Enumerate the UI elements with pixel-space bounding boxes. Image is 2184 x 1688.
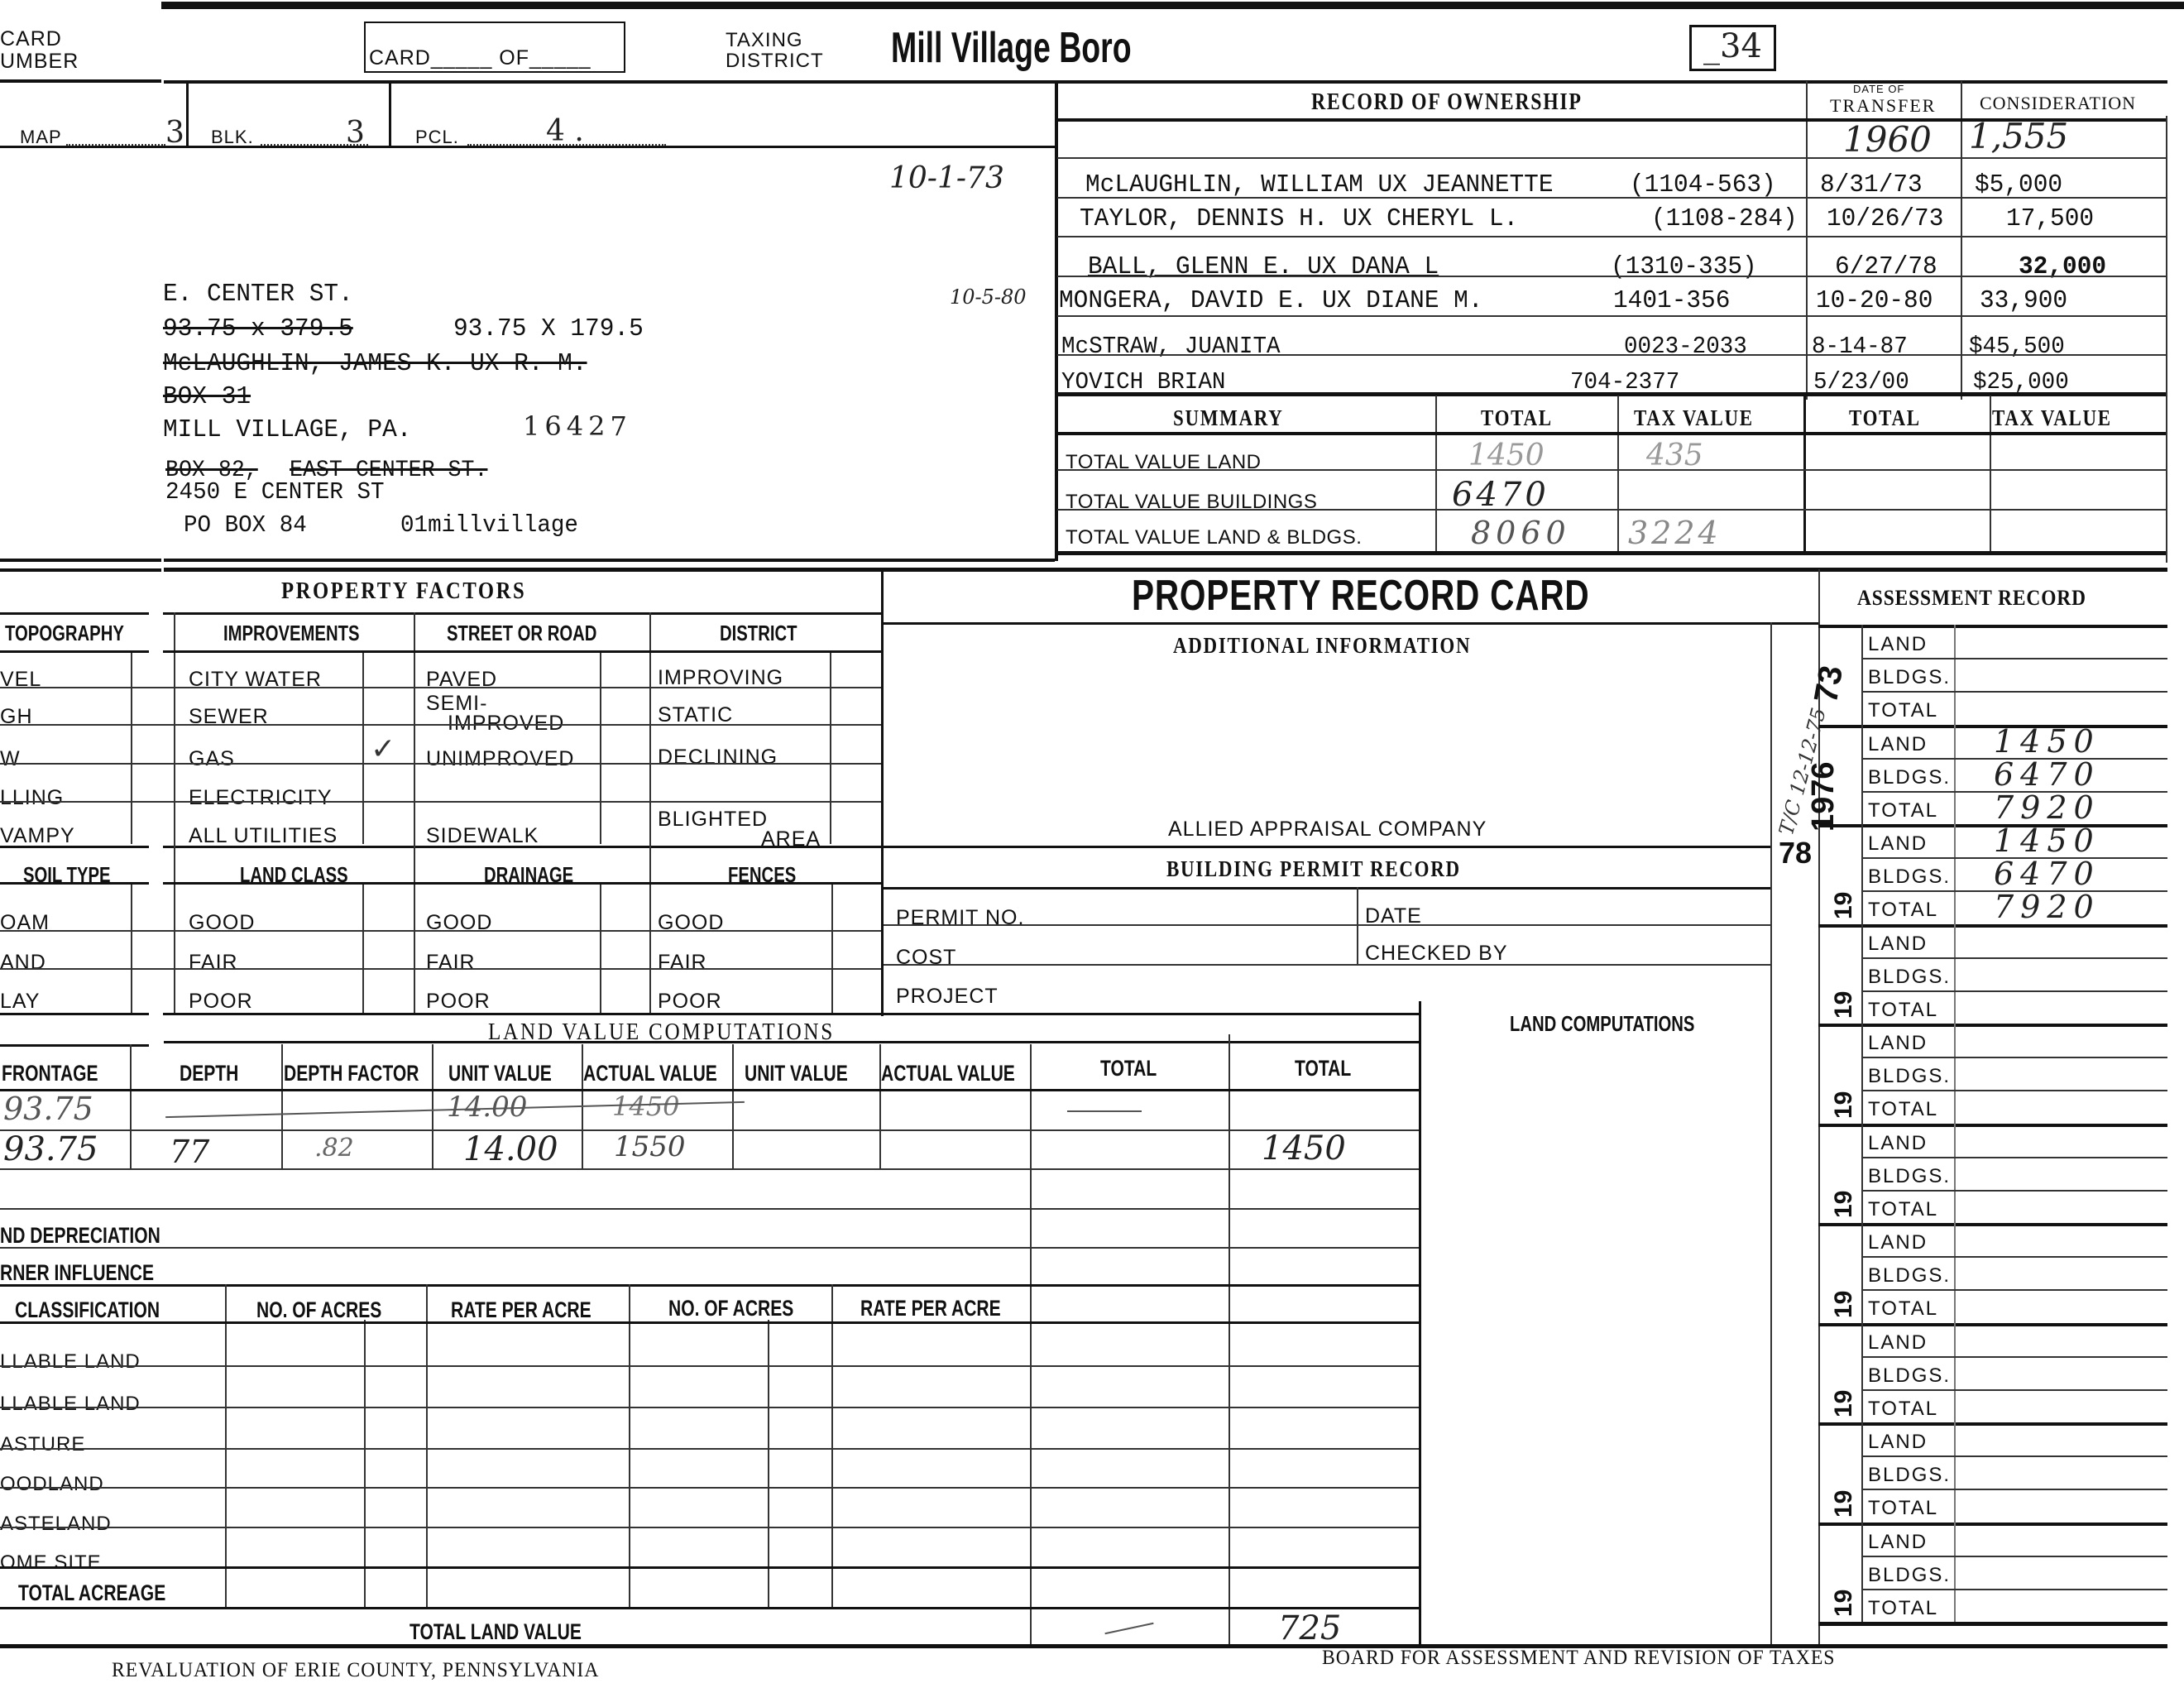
corner-influence-label: RNER INFLUENCE [0, 1260, 154, 1286]
assessment-land-label: LAND [1868, 633, 1928, 656]
assessment-group-rule [1818, 625, 2167, 628]
assessment-row-rule [1861, 1057, 2167, 1058]
assessment-row-rule [1861, 1289, 2167, 1291]
acre-bottom-rule [0, 1607, 1419, 1609]
lv-divider [1228, 1034, 1230, 1647]
district-header: DISTRICT [720, 621, 797, 646]
card-of-label: CARD_____ OF_____ [369, 46, 591, 70]
taxing-district-value: Mill Village Boro [891, 23, 1132, 73]
assessment-label-divider [1861, 1323, 1863, 1423]
section-rule-mid [164, 559, 1055, 562]
ownership-consideration: 33,900 [1980, 286, 2067, 315]
assessment-year-prefix: 19 [1830, 1490, 1858, 1518]
pf-mid-rule [163, 846, 881, 848]
assessment-total-label: TOTAL [1868, 1497, 1938, 1520]
assessment-row-rule [1861, 1389, 2167, 1391]
acre-row-rule [0, 1448, 1419, 1450]
assessment-bldgs-label: BLDGS. [1868, 866, 1951, 889]
assessment-label-divider [1861, 824, 1863, 924]
summary-total-header-2: TOTAL [1849, 405, 1921, 431]
summary-header-rule [1057, 432, 2166, 435]
assessment-total-label: TOTAL [1868, 899, 1938, 922]
land-computations-title: LAND COMPUTATIONS [1510, 1011, 1694, 1037]
assessment-side-note-78: 78 [1779, 836, 1812, 870]
lv-row-rule [0, 1208, 1419, 1210]
assessment-bldgs-label: BLDGS. [1868, 1065, 1951, 1088]
district-blighted-area: BLIGHTED AREA [658, 809, 821, 849]
assessment-bottom-rule [1818, 1622, 2167, 1626]
property-factors-right-border [881, 569, 884, 1016]
card-number-label-line2: UMBER [0, 50, 79, 73]
assessment-value-divider [1954, 824, 1956, 924]
assessment-land-label: LAND [1868, 1531, 1928, 1554]
assessment-label-divider [1861, 725, 1863, 825]
blk-value[interactable]: 3 [346, 116, 365, 150]
parcel-divider-2 [389, 83, 391, 147]
address-po-box: PO BOX 84 [184, 511, 307, 539]
assessment-bldgs-value[interactable]: 6470 [1994, 756, 2100, 793]
improvements-header: IMPROVEMENTS [223, 621, 360, 646]
assessment-total-label: TOTAL [1868, 1597, 1938, 1620]
assessment-land-label: LAND [1868, 1331, 1928, 1355]
address-owner-struck: McLAUGHLIN, JAMES K. UX R. M. [163, 349, 587, 378]
acre-divider [831, 1284, 833, 1607]
summary-bottom-rule [1057, 551, 2166, 555]
building-permit-title: BUILDING PERMIT RECORD [1166, 856, 1461, 882]
card-id-value: _34 [1703, 27, 1762, 65]
ownership-consideration: $45,500 [1969, 333, 2065, 360]
assessment-value-divider [1954, 625, 1956, 725]
acre-row-pasture: ASTURE [0, 1433, 85, 1456]
lv-depth-factor-2: .82 [314, 1134, 354, 1163]
assessment-bldgs-label: BLDGS. [1868, 1165, 1951, 1188]
ownership-consideration-divider [1961, 81, 1962, 400]
total-acreage-label: TOTAL ACREAGE [18, 1580, 165, 1606]
semi-line1: SEMI- [426, 693, 564, 713]
district-declining: DECLINING [658, 746, 778, 770]
pf-bottom-rule [163, 1013, 1420, 1015]
acre-row-tillable-2: LLABLE LAND [0, 1393, 141, 1416]
assessment-total-label: TOTAL [1868, 699, 1938, 722]
lv-divider [432, 1044, 433, 1168]
assessment-label-divider [1861, 625, 1863, 725]
pf-bottom-rule [0, 1013, 149, 1015]
assessment-year-prefix: 19 [1830, 1390, 1858, 1417]
assessment-land-value[interactable]: 1450 [1994, 822, 2100, 859]
ownership-row-rule [1057, 276, 2166, 277]
assessment-row-rule [1861, 1190, 2167, 1192]
assessment-value-divider [1954, 924, 1956, 1024]
ownership-name: TAYLOR, DENNIS H. UX CHERYL L. [1080, 204, 1518, 233]
permit-header-rule [884, 887, 1770, 890]
pf-divider [174, 612, 175, 847]
lv-frontage-header: FRONTAGE [2, 1061, 98, 1086]
ownership-title: RECORD OF OWNERSHIP [1311, 89, 1583, 116]
lv-header-rule [0, 1089, 1419, 1091]
ownership-deed: 1401-356 [1613, 286, 1730, 315]
lv-row-rule [0, 1247, 1419, 1249]
ownership-left-border [1055, 81, 1058, 561]
lv-total-dash [1067, 1110, 1142, 1112]
additional-info-right-border [1770, 622, 1772, 1009]
assessment-value-divider [1954, 1223, 1956, 1323]
additional-info-top-rule [884, 622, 1818, 625]
ownership-date: 8/31/73 [1820, 170, 1923, 199]
permit-project-label[interactable]: PROJECT [896, 985, 999, 1009]
permit-row-rule [884, 924, 1770, 926]
address-city: MILL VILLAGE, PA. [163, 415, 411, 444]
street-semi-improved: SEMI- IMPROVED [426, 693, 564, 733]
assessment-group-rule [1818, 1523, 2167, 1526]
ownership-row-rule [1057, 354, 2166, 356]
total-land-value-label: TOTAL LAND VALUE [409, 1619, 582, 1645]
taxing-district-line1: TAXING [726, 30, 824, 50]
lv-row-rule [0, 1129, 1419, 1131]
property-record-card-title: PROPERTY RECORD CARD [1132, 571, 1589, 621]
summary-divider-4 [1990, 396, 1991, 553]
pf-mid-rule [0, 846, 149, 848]
assessment-land-label: LAND [1868, 832, 1928, 856]
blighted-line1: BLIGHTED [658, 809, 821, 829]
improvements-electricity: ELECTRICITY [189, 786, 333, 810]
assessment-bldgs-label: BLDGS. [1868, 1464, 1951, 1487]
assessment-total-label: TOTAL [1868, 1198, 1938, 1221]
lv-actual-value-2: 1550 [614, 1130, 686, 1163]
topography-header: TOPOGRAPHY [5, 621, 124, 646]
pf-row-rule [0, 763, 881, 765]
address-dims-struck: 93.75 x 379.5 [163, 314, 353, 343]
assessment-row-rule [1861, 1356, 2167, 1358]
ownership-deed: (1108-284) [1651, 204, 1798, 233]
lv-unit-value-header-2: UNIT VALUE [745, 1061, 848, 1086]
taxing-district-label: TAXING DISTRICT [726, 30, 824, 71]
summary-divider-1 [1435, 396, 1437, 553]
land-depreciation-label: ND DEPRECIATION [0, 1223, 160, 1249]
ownership-name: MONGERA, DAVID E. UX DIANE M. [1059, 286, 1483, 315]
total-land-value-handwritten: 725 [1278, 1609, 1341, 1647]
assessment-bldgs-label: BLDGS. [1868, 766, 1951, 789]
pf-check-divider [831, 882, 833, 1014]
no-of-acres-header: NO. OF ACRES [256, 1297, 381, 1323]
assessment-group-rule [1818, 924, 2167, 928]
address-box-struck: BOX 31 [163, 382, 251, 411]
address-zip: 16427 [523, 410, 632, 442]
permit-cost-label[interactable]: COST [896, 946, 956, 970]
date-of-label: DATE OF [1853, 83, 1904, 95]
assessment-value-divider [1954, 1323, 1956, 1423]
assessment-total-label: TOTAL [1868, 999, 1938, 1022]
pf-colheader-rule [0, 650, 149, 653]
tlv-dash [1104, 1623, 1153, 1634]
assessment-land-label: LAND [1868, 1132, 1928, 1155]
pf-check-divider [600, 882, 601, 1014]
lv-actual-value-1: 1450 [612, 1091, 679, 1122]
assessment-bldgs-label: BLDGS. [1868, 966, 1951, 989]
assessment-group-rule [1818, 1124, 2167, 1127]
ownership-deed: 0023-2033 [1624, 333, 1747, 360]
assessment-year-prefix: 19 [1830, 892, 1858, 919]
acre-header-rule [0, 1321, 1419, 1324]
assessment-land-label: LAND [1868, 933, 1928, 956]
ownership-row-rule [1057, 315, 2166, 317]
land-computations-left-border [1419, 1001, 1421, 1647]
assessment-total-label: TOTAL [1868, 799, 1938, 822]
ownership-consideration: 1,555 [1969, 116, 2068, 156]
assessment-label-divider [1861, 1523, 1863, 1623]
acre-row-wasteland: ASTELAND [0, 1513, 112, 1536]
assessment-total-label: TOTAL [1868, 1297, 1938, 1321]
permit-divider [1357, 887, 1358, 965]
assessment-label-divider [1861, 1124, 1863, 1224]
permit-top-rule [884, 846, 1770, 848]
summary-land-tax: 435 [1646, 439, 1703, 472]
address-dims: 93.75 X 179.5 [453, 314, 644, 343]
rate-per-acre-header: RATE PER ACRE [451, 1297, 591, 1323]
no-of-acres-header-2: NO. OF ACRES [668, 1296, 793, 1321]
consideration-header: CONSIDERATION [1980, 93, 2136, 114]
assessment-year-prefix: 19 [1830, 991, 1858, 1019]
assessment-label-divider [1861, 924, 1863, 1024]
parcel-rule [0, 146, 1055, 148]
ownership-consideration: $5,000 [1975, 170, 2062, 199]
improvements-gas: GAS [189, 747, 235, 771]
assessment-row-rule [1861, 1256, 2167, 1258]
ownership-row-rule [1057, 197, 2166, 199]
permit-checked-by-label[interactable]: CHECKED BY [1365, 942, 1508, 966]
transfer-header: TRANSFER [1830, 95, 1936, 117]
lv-total-header: TOTAL [1100, 1056, 1157, 1081]
assessment-year-prefix: 19 [1830, 1191, 1858, 1218]
pf-header-rule [163, 612, 881, 615]
pf-row-rule [0, 687, 881, 688]
assessment-value-divider [1954, 1024, 1956, 1124]
assessment-group-rule [1818, 1422, 2167, 1426]
card-number-label: CARD UMBER [0, 28, 79, 73]
lv-unit-value-2: 14.00 [463, 1130, 558, 1168]
drainage-poor: POOR [426, 990, 491, 1014]
assessment-bldgs-label: BLDGS. [1868, 1564, 1951, 1587]
land-computations-right-border [1770, 1001, 1772, 1647]
ownership-name: McSTRAW, JUANITA [1061, 333, 1281, 360]
summary-label-land-bldgs: TOTAL VALUE LAND & BLDGS. [1066, 526, 1362, 549]
map-value[interactable]: 3 [165, 116, 184, 150]
assessment-total-label: TOTAL [1868, 1398, 1938, 1421]
assessment-row-rule [1861, 1157, 2167, 1158]
assessment-group-rule [1818, 1323, 2167, 1326]
lv-row-rule [0, 1168, 1419, 1170]
assessment-side-note-73: 73 [1808, 663, 1851, 706]
assessment-row-rule [1861, 990, 2167, 992]
summary-land-bldgs-tax: 3224 [1628, 515, 1722, 551]
assessment-total-value[interactable]: 7920 [1994, 789, 2100, 826]
lv-divider [130, 1044, 132, 1168]
permit-no-label[interactable]: PERMIT NO. [896, 906, 1024, 930]
pf-row-rule [0, 801, 881, 803]
assessment-row-rule [1861, 1589, 2167, 1590]
card-id-box: _34 [1689, 25, 1776, 71]
gas-check-icon[interactable]: ✓ [371, 732, 395, 766]
top-rule [161, 2, 2184, 9]
land-class-fair: FAIR [189, 951, 238, 975]
lv-actual-value-header: ACTUAL VALUE [583, 1061, 717, 1086]
pf-row-rule [0, 968, 881, 970]
lv-total-header-2: TOTAL [1295, 1056, 1351, 1081]
address-current: 2450 E CENTER ST [165, 478, 385, 506]
pf-check-divider [362, 652, 364, 844]
lv-divider [732, 1044, 734, 1168]
address-street: E. CENTER ST. [163, 280, 353, 309]
acre-divider [225, 1284, 227, 1607]
summary-header: SUMMARY [1173, 405, 1283, 431]
assessment-land-label: LAND [1868, 1231, 1928, 1254]
card-number-label-line1: CARD [0, 28, 79, 50]
pf-check-divider [131, 652, 132, 844]
assessment-year-prefix: 19 [1830, 1590, 1858, 1617]
pf-check-divider [131, 882, 132, 1014]
assessment-year-prefix: 19 [1830, 1091, 1858, 1119]
semi-line2: IMPROVED [426, 713, 564, 733]
property-factors-title: PROPERTY FACTORS [281, 578, 526, 605]
lv-divider [281, 1044, 283, 1168]
assessment-row-rule [1861, 658, 2167, 659]
additional-info-title: ADDITIONAL INFORMATION [1173, 633, 1471, 659]
assessment-value-divider [1954, 1523, 1956, 1623]
pf-divider [649, 612, 651, 847]
acre-row-rule [0, 1365, 1419, 1367]
topography-low: W [0, 747, 21, 771]
topography-swampy: VAMPY [0, 824, 75, 848]
street-road-header: STREET OR ROAD [447, 621, 596, 646]
assessment-row-rule [1861, 957, 2167, 959]
assessment-row-rule [1861, 1556, 2167, 1557]
ownership-row-rule [1057, 157, 2166, 159]
assessment-row-rule [1861, 691, 2167, 693]
rate-per-acre-header-2: RATE PER ACRE [860, 1296, 1001, 1321]
lv-top-rule [0, 1044, 149, 1047]
ownership-date: 1960 [1843, 119, 1932, 160]
assessment-bldgs-value[interactable]: 6470 [1994, 856, 2100, 892]
lv-unit-value-header: UNIT VALUE [448, 1061, 552, 1086]
pf-row-rule [0, 724, 881, 726]
assessment-land-value[interactable]: 1450 [1994, 723, 2100, 760]
ownership-right-border [2166, 116, 2167, 563]
acre-row-woodland: OODLAND [0, 1473, 104, 1496]
lv-acre-top-rule [0, 1284, 1419, 1287]
lv-divider [1030, 1044, 1032, 1648]
summary-divider-3 [1803, 396, 1806, 553]
summary-tax-header-2: TAX VALUE [1992, 405, 2112, 431]
pf-header-rule [0, 612, 149, 615]
assessment-label-divider [1861, 1223, 1863, 1323]
footer-revaluation: REVALUATION OF ERIE COUNTY, PENNSYLVANIA [112, 1659, 599, 1682]
pf-soil-header-rule [0, 882, 149, 885]
ownership-consideration: 17,500 [2006, 204, 2094, 233]
assessment-row-rule [1861, 1489, 2167, 1490]
lv-frontage-2: 93.75 [3, 1130, 98, 1168]
assessment-value-divider [1954, 1124, 1956, 1224]
acre-row-rule [0, 1487, 1419, 1489]
parcel-divider-1 [186, 83, 189, 147]
assessment-bldgs-label: BLDGS. [1868, 1364, 1951, 1388]
assessment-group-rule [1818, 1024, 2167, 1027]
summary-divider-2 [1617, 396, 1619, 553]
acre-row-tillable-1: LLABLE LAND [0, 1350, 141, 1374]
header-rule-left [0, 79, 161, 83]
assessment-title: ASSESSMENT RECORD [1857, 586, 2086, 611]
summary-row-rule [1057, 509, 2166, 511]
summary-land-bldgs-total: 8060 [1471, 515, 1571, 551]
summary-tax-header: TAX VALUE [1634, 405, 1754, 431]
street-sidewalk: SIDEWALK [426, 824, 539, 848]
pf-row-rule [0, 930, 881, 932]
lv-total-2: 1450 [1262, 1129, 1346, 1168]
pf-check-divider [362, 882, 364, 1014]
assessment-land-label: LAND [1868, 733, 1928, 756]
ownership-name: McLAUGHLIN, WILLIAM UX JEANNETTE [1085, 170, 1554, 199]
handwritten-date-1: 10-1-73 [889, 161, 1004, 195]
assessment-land-label: LAND [1868, 1032, 1928, 1055]
summary-total-header: TOTAL [1481, 405, 1553, 431]
lv-frontage-1: 93.75 [3, 1091, 93, 1127]
section-rule-left-2 [0, 568, 161, 572]
street-unimproved: UNIMPROVED [426, 747, 574, 771]
topography-rolling: LLING [0, 786, 64, 810]
ownership-deed: (1104-563) [1630, 170, 1776, 199]
card-of-box[interactable]: CARD_____ OF_____ [364, 22, 625, 73]
ownership-date: 10-20-80 [1816, 286, 1933, 315]
pf-divider [414, 612, 415, 847]
classification-header: CLASSIFICATION [15, 1297, 160, 1323]
permit-row-rule [884, 964, 1770, 966]
pf-check-divider [600, 652, 601, 844]
pf-colheader-rule [163, 650, 881, 653]
assessment-year-prefix: 19 [1830, 1291, 1858, 1318]
assessment-label-divider [1861, 1422, 1863, 1523]
acre-row-rule [0, 1527, 1419, 1528]
ownership-date: 8-14-87 [1812, 333, 1908, 360]
pf-check-divider [830, 652, 831, 844]
bottom-rule [0, 1644, 2167, 1648]
assessment-value-divider [1954, 725, 1956, 825]
assessment-land-label: LAND [1868, 1431, 1928, 1454]
lv-actual-value-header-2: ACTUAL VALUE [881, 1061, 1015, 1086]
assessment-total-value[interactable]: 7920 [1994, 889, 2100, 925]
assessment-value-divider [1954, 1422, 1956, 1523]
assessment-group-rule [1818, 824, 2167, 827]
ownership-bottom-rule [1057, 392, 2166, 396]
ownership-date-divider [1806, 81, 1808, 400]
lv-top-rule [164, 1041, 1421, 1043]
summary-row-rule [1057, 469, 2166, 471]
assessment-total-label: TOTAL [1868, 1098, 1938, 1121]
pcl-value[interactable]: 4 . [546, 114, 584, 148]
soil-sand: AND [0, 951, 46, 975]
section-rule-left [0, 559, 161, 562]
assessment-bldgs-label: BLDGS. [1868, 1264, 1951, 1288]
ownership-date: 10/26/73 [1827, 204, 1943, 233]
lv-depth-factor-header: DEPTH FACTOR [284, 1061, 419, 1086]
fences-poor: POOR [658, 990, 722, 1014]
improvements-all-utilities: ALL UTILITIES [189, 824, 338, 848]
appraisal-company: ALLIED APPRAISAL COMPANY [1168, 818, 1487, 842]
soil-clay: LAY [0, 990, 40, 1014]
ownership-row-rule [1057, 236, 2166, 237]
acre-total-rule [0, 1566, 1419, 1569]
drainage-fair: FAIR [426, 951, 476, 975]
lv-depth-header: DEPTH [180, 1061, 238, 1086]
handwritten-date-2: 10-5-80 [950, 285, 1027, 309]
summary-land-total: 1450 [1468, 439, 1545, 472]
